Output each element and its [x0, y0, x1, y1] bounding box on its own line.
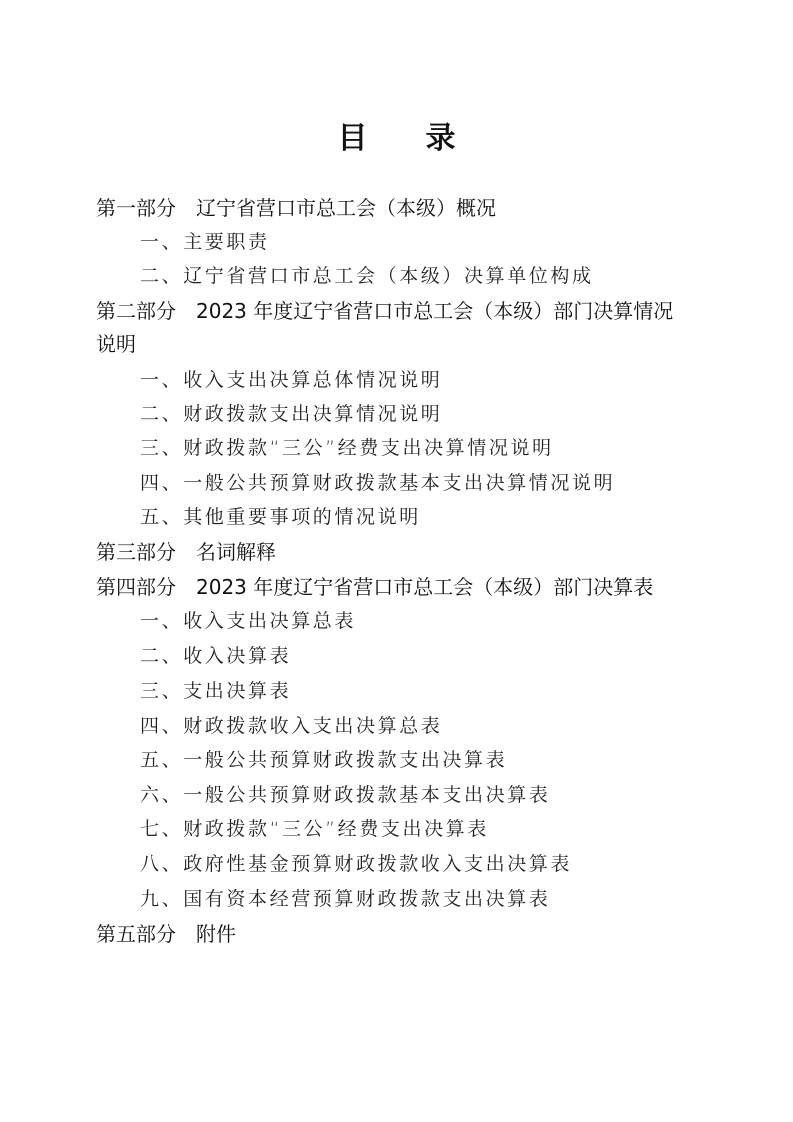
part-title: 附件 [196, 922, 236, 946]
toc-item[interactable]: 一、主要职责 [140, 230, 270, 254]
toc-item[interactable]: 二、辽宁省营口市总工会（本级）决算单位构成 [140, 264, 594, 288]
part-label: 第三部分 [96, 540, 176, 564]
toc-item[interactable]: 六、一般公共预算财政拨款基本支出决算表 [140, 783, 550, 807]
part-title: 名词解释 [196, 540, 276, 564]
toc-item[interactable]: 四、一般公共预算财政拨款基本支出决算情况说明 [140, 471, 615, 495]
toc-part-5[interactable]: 第五部分附件 [96, 922, 236, 946]
toc-item[interactable]: 五、其他重要事项的情况说明 [140, 505, 421, 529]
title-char-1: 目 [338, 113, 368, 157]
toc-item[interactable]: 四、财政拨款收入支出决算总表 [140, 714, 442, 738]
part-label: 第一部分 [96, 196, 176, 220]
part-label: 第四部分 [96, 575, 176, 599]
toc-item[interactable]: 七、财政拨款“三公”经费支出决算表 [140, 817, 489, 841]
toc-part-1[interactable]: 第一部分辽宁省营口市总工会（本级）概况 [96, 196, 496, 220]
toc-item[interactable]: 三、财政拨款“三公”经费支出决算情况说明 [140, 436, 554, 460]
toc-item[interactable]: 一、收入支出决算总体情况说明 [140, 368, 442, 392]
part-label: 第五部分 [96, 922, 176, 946]
part-title: 2023 年度辽宁省营口市总工会（本级）部门决算表 [196, 575, 653, 599]
toc-part-4[interactable]: 第四部分2023 年度辽宁省营口市总工会（本级）部门决算表 [96, 575, 653, 599]
toc-part-2[interactable]: 第二部分2023 年度辽宁省营口市总工会（本级）部门决算情况 [96, 299, 673, 323]
page-title: 目录 [0, 113, 793, 157]
toc-part-2-title-continuation[interactable]: 说明 [96, 332, 136, 356]
toc-item[interactable]: 九、国有资本经营预算财政拨款支出决算表 [140, 887, 550, 911]
toc-item[interactable]: 八、政府性基金预算财政拨款收入支出决算表 [140, 852, 572, 876]
toc-item[interactable]: 五、一般公共预算财政拨款支出决算表 [140, 748, 507, 772]
part-title: 2023 年度辽宁省营口市总工会（本级）部门决算情况 [196, 299, 673, 323]
toc-item[interactable]: 一、收入支出决算总表 [140, 609, 356, 633]
part-label: 第二部分 [96, 299, 176, 323]
title-char-2: 录 [426, 113, 456, 157]
toc-item[interactable]: 二、财政拨款支出决算情况说明 [140, 402, 442, 426]
toc-item[interactable]: 二、收入决算表 [140, 644, 291, 668]
toc-part-3[interactable]: 第三部分名词解释 [96, 540, 276, 564]
toc-item[interactable]: 三、支出决算表 [140, 679, 291, 703]
part-title: 辽宁省营口市总工会（本级）概况 [196, 196, 496, 220]
